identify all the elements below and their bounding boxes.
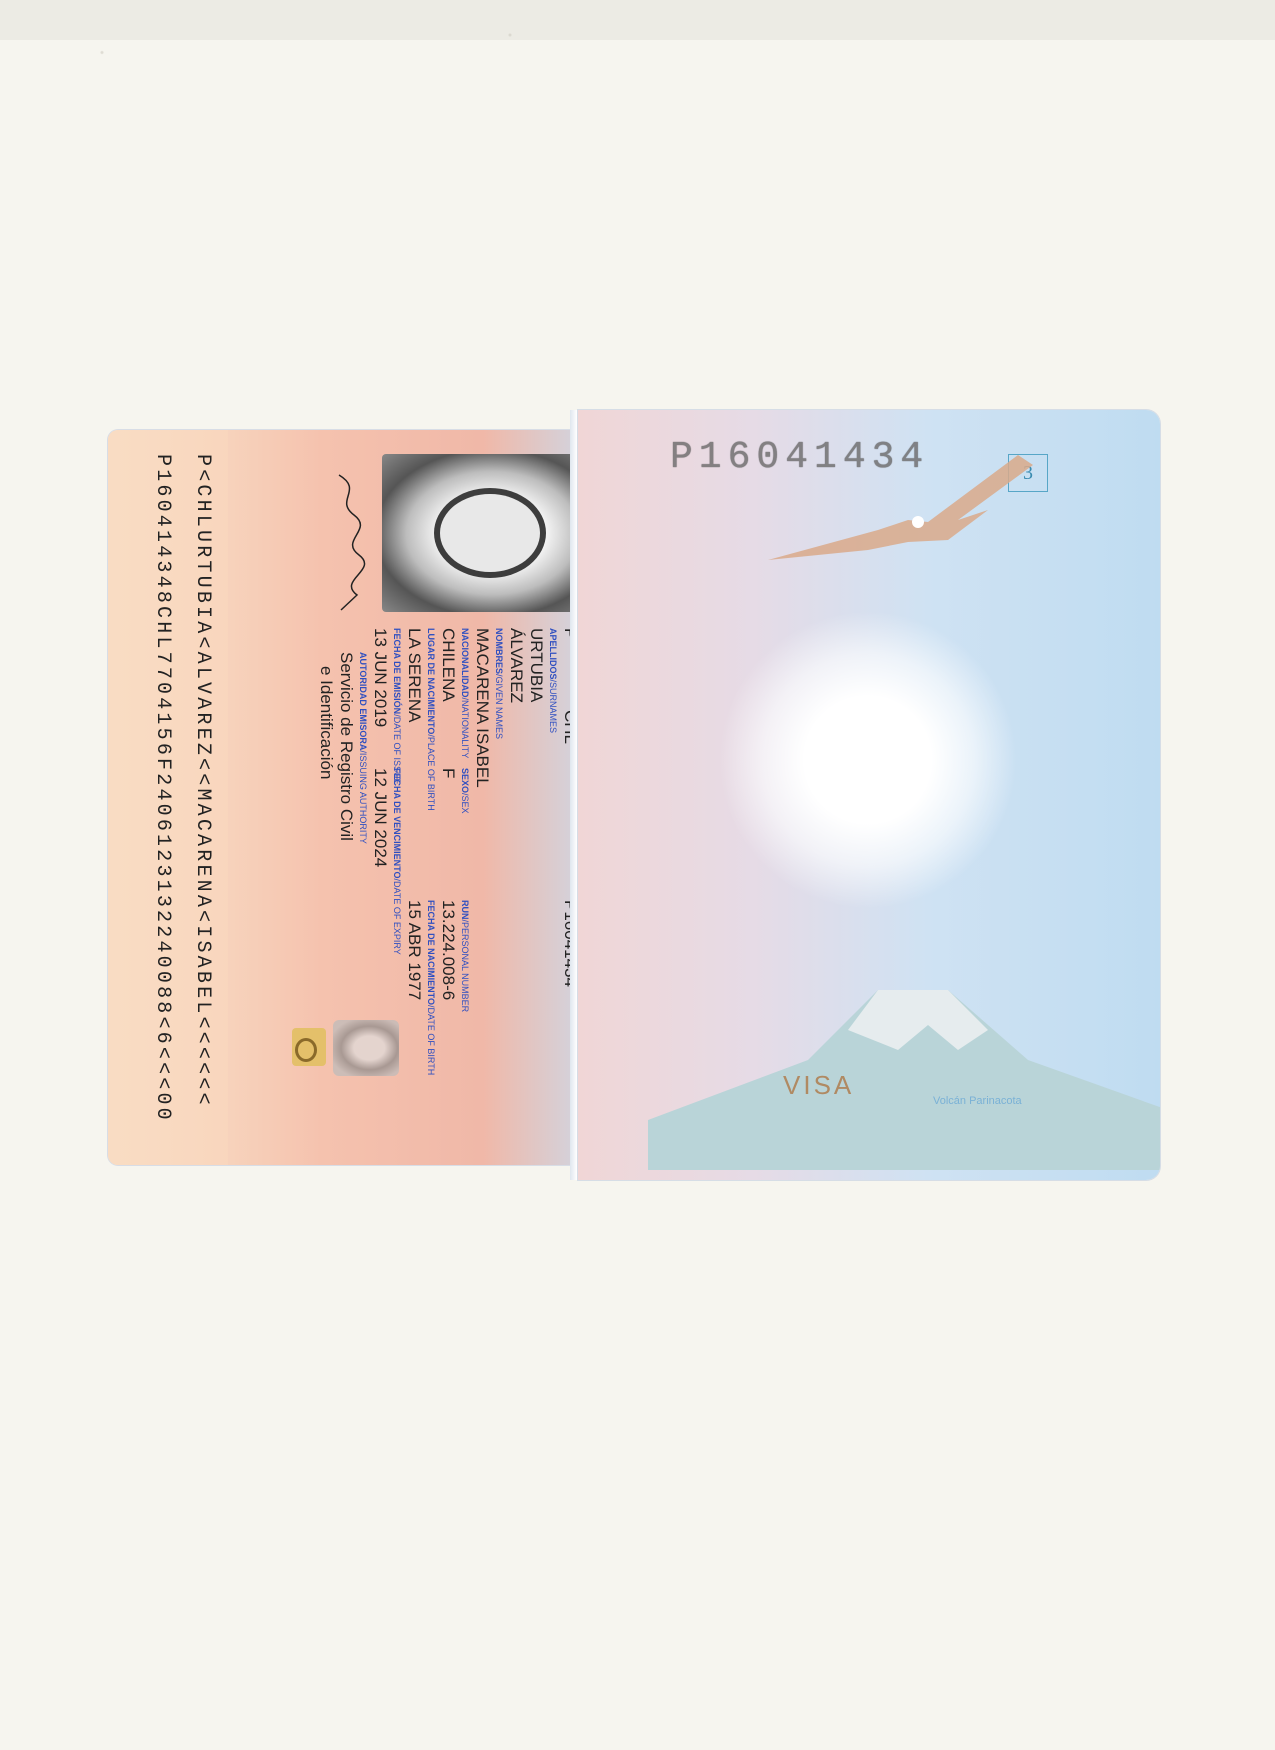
sex-label: SEXO/SEX	[460, 768, 470, 814]
nationality-value: CHILENA	[438, 628, 458, 702]
surname-1: URTUBIA	[526, 628, 546, 702]
holder-signature	[327, 470, 369, 620]
mrz-line-2: P160414348CHL7704156F2406123132240088<6<…	[151, 454, 174, 1154]
sun-graphic	[718, 610, 1018, 910]
passport-booklet: PASAPORTE/PASSPORT ★ REPÚBLICA DE CHILE …	[108, 410, 1160, 1170]
mrz-line-1: P<CHLURTUBIA<ALVAREZ<<MACARENA<ISABEL<<<…	[191, 454, 214, 1154]
date-of-birth-label: FECHA DE NACIMIENTO/DATE OF BIRTH	[426, 900, 436, 1075]
volcano-illustration	[648, 970, 1160, 1170]
biometric-chip-icon	[292, 1028, 326, 1066]
holder-photo	[382, 454, 582, 612]
date-of-birth-value: 15 ABR 1977	[404, 900, 424, 1000]
personal-number-label: RUN/PERSONAL NUMBER	[460, 900, 470, 1012]
issuing-authority-line1: Servicio de Registro Civil	[336, 652, 356, 841]
ghost-image	[333, 1020, 399, 1076]
date-of-expiry-value: 12 JUN 2024	[370, 768, 390, 867]
surnames-label: APELLIDOS/SURNAMES	[548, 628, 558, 733]
biodata-page: PASAPORTE/PASSPORT ★ REPÚBLICA DE CHILE …	[108, 430, 644, 1165]
date-of-issue-label: FECHA DE EMISIÓN/DATE OF ISSUE	[392, 628, 402, 785]
surname-2: ÁLVAREZ	[506, 628, 526, 703]
visa-title: VISA	[783, 1070, 854, 1101]
nationality-label: NACIONALIDAD/NATIONALITY	[460, 628, 470, 758]
date-of-expiry-label: FECHA DE VENCIMIENTO/DATE OF EXPIRY	[392, 768, 402, 955]
given-names-label: NOMBRES/GIVEN NAMES	[494, 628, 504, 739]
condor-icon	[758, 450, 1038, 580]
biodata-page-wrapper: PASAPORTE/PASSPORT ★ REPÚBLICA DE CHILE …	[108, 430, 644, 1165]
issuing-authority-label: AUTORIDAD EMISORA/ISSUING AUTHORITY	[358, 652, 368, 844]
place-of-birth-value: LA SERENA	[404, 628, 424, 723]
sex-value: F	[438, 768, 458, 778]
visa-caption: Volcán Parinacota	[933, 1095, 1022, 1107]
personal-number-value: 13.224.008-6	[438, 900, 458, 1000]
issuing-authority-line2: e Identificación	[316, 666, 336, 779]
visa-page: P16041434 3 VISA Volcán Parinacota	[578, 410, 1160, 1180]
given-names-value: MACARENA ISABEL	[472, 628, 492, 788]
place-of-birth-label: LUGAR DE NACIMIENTO/PLACE OF BIRTH	[426, 628, 436, 811]
date-of-issue-value: 13 JUN 2019	[370, 628, 390, 727]
